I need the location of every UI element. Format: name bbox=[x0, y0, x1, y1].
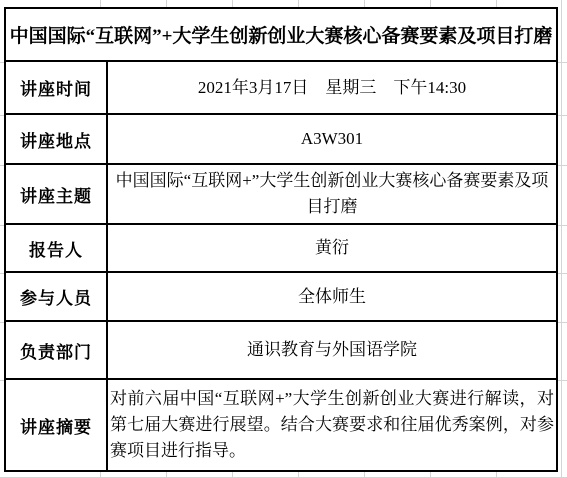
row-label-lecture-place: 讲座地点 bbox=[6, 115, 108, 165]
row-label-speaker: 报告人 bbox=[6, 225, 108, 273]
gridline-vertical bbox=[561, 0, 562, 478]
row-label-participants: 参与人员 bbox=[6, 273, 108, 322]
spreadsheet-page: 中国国际“互联网”+大学生创新创业大赛核心备赛要素及项目打磨 讲座时间 2021… bbox=[0, 0, 567, 478]
row-value-department: 通识教育与外国语学院 bbox=[108, 322, 556, 380]
row-value-lecture-topic: 中国国际“互联网+”大学生创新创业大赛核心备赛要素及项目打磨 bbox=[108, 165, 556, 225]
row-label-lecture-topic: 讲座主题 bbox=[6, 165, 108, 225]
row-value-abstract: 对前六届中国“互联网+”大学生创新创业大赛进行解读，对第七届大赛进行展望。结合大… bbox=[108, 380, 556, 470]
row-value-lecture-place: A3W301 bbox=[108, 115, 556, 165]
row-label-lecture-time: 讲座时间 bbox=[6, 62, 108, 115]
table-title: 中国国际“互联网”+大学生创新创业大赛核心备赛要素及项目打磨 bbox=[6, 9, 556, 62]
lecture-table: 中国国际“互联网”+大学生创新创业大赛核心备赛要素及项目打磨 讲座时间 2021… bbox=[4, 7, 558, 472]
row-value-participants: 全体师生 bbox=[108, 273, 556, 322]
row-label-department: 负责部门 bbox=[6, 322, 108, 380]
row-value-speaker: 黄衍 bbox=[108, 225, 556, 273]
row-value-lecture-time: 2021年3月17日 星期三 下午14:30 bbox=[108, 62, 556, 115]
row-label-abstract: 讲座摘要 bbox=[6, 380, 108, 470]
